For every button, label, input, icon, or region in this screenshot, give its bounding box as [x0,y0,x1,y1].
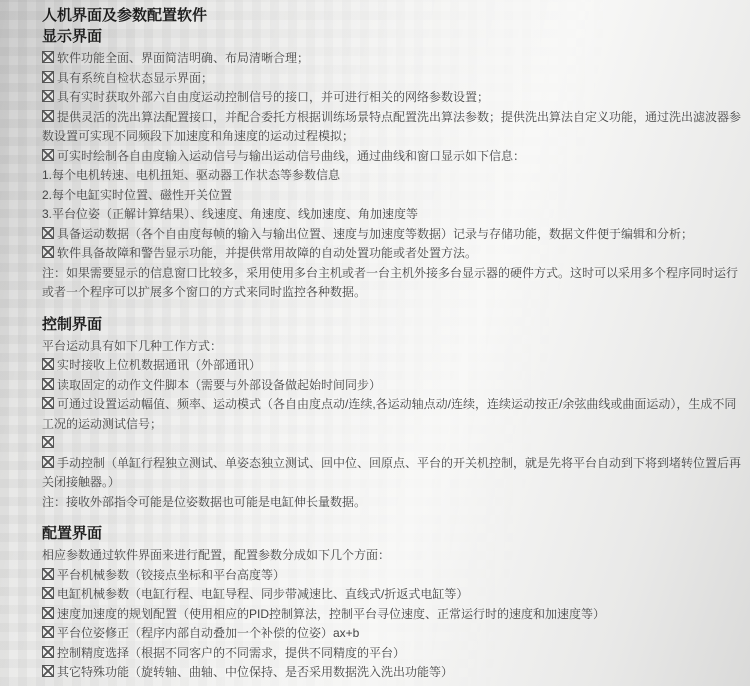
item-text: 平台运动具有如下几种工作方式： [42,339,222,353]
item-text: 可实时绘制各自由度输入运动信号与输出运动信号曲线，通过曲线和窗口显示如下信息： [57,149,525,163]
item-text: 提供灵活的洗出算法配置接口，并配合委托方根据训练场景特点配置洗出算法参数；提供洗… [42,110,741,144]
item-text: 1.每个电机转速、电机扭矩、驱动器工作状态等参数信息 [42,168,340,182]
list-item: 软件功能全面、界面简洁明确、布局清晰合理； [42,49,744,69]
checkbox-x-icon [42,378,54,390]
checkbox-x-icon [42,646,54,658]
checkbox-x-icon [42,51,54,63]
checkbox-x-icon [42,246,54,258]
note-text: 注：接收外部指令可能是位姿数据也可能是电缸伸长量数据。 [42,493,744,513]
checkbox-x-icon [42,90,54,102]
list-item: 软件具备故障和警告显示功能，并提供常用故障的自动处置功能或者处置方法。 [42,244,744,264]
checkbox-x-icon [42,587,54,599]
item-text: 实时接收上位机数据通讯（外部通讯） [57,358,261,372]
checkbox-x-icon [42,568,54,580]
checkbox-x-icon [42,397,54,409]
checkbox-x-icon [42,665,54,677]
item-text: 可通过设置运动幅值、频率、运动模式（各自由度点动/连续,各运动轴点动/连续，连续… [42,397,736,431]
checkbox-x-icon [42,607,54,619]
section-display-interface: 显示界面 软件功能全面、界面简洁明确、布局清晰合理； 具有系统自检状态显示界面；… [42,28,744,303]
list-item: 可通过设置运动幅值、频率、运动模式（各自由度点动/连续,各运动轴点动/连续，连续… [42,395,744,434]
item-text: 具备运动数据（各个自由度每帧的输入与输出位置、速度与加速度等数据）记录与存储功能… [57,227,693,241]
checkbox-x-icon [42,436,54,448]
item-text: 平台位姿修正（程序内部自动叠加一个补偿的位姿）ax+b [57,626,359,640]
list-item: 具备运动数据（各个自由度每帧的输入与输出位置、速度与加速度等数据）记录与存储功能… [42,225,744,245]
item-text: 2.每个电缸实时位置、磁性开关位置 [42,188,232,202]
item-text: 平台机械参数（铰接点坐标和平台高度等） [57,568,285,582]
note-text: 注：如果需要显示的信息窗口比较多，采用使用多台主机或者一台主机外接多台显示器的硬… [42,264,744,303]
item-text: 3.平台位姿（正解计算结果）、线速度、角速度、线加速度、角加速度等 [42,207,418,221]
item-text: 读取固定的动作文件脚本（需要与外部设备做起始时间同步） [57,378,381,392]
item-text: 其它特殊功能（旋转轴、曲轴、中位保持、是否采用数据洗入洗出功能等） [57,665,453,679]
checkbox-x-icon [42,358,54,370]
document-content: 人机界面及参数配置软件 显示界面 软件功能全面、界面简洁明确、布局清晰合理； 具… [0,0,750,683]
list-item: 平台机械参数（铰接点坐标和平台高度等） [42,566,744,586]
numbered-item: 1.每个电机转速、电机扭矩、驱动器工作状态等参数信息 [42,166,744,186]
document-page: 人机界面及参数配置软件 显示界面 软件功能全面、界面简洁明确、布局清晰合理； 具… [0,0,750,686]
item-text: 电缸机械参数（电缸行程、电缸导程、同步带减速比、直线式/折返式电缸等） [57,587,468,601]
item-text: 具有实时获取外部六自由度运动控制信号的接口，并可进行相关的网络参数设置； [57,90,489,104]
page-title: 人机界面及参数配置软件 [42,6,744,26]
checkbox-x-icon [42,227,54,239]
list-item-empty [42,434,744,454]
section-heading-display: 显示界面 [42,28,744,46]
list-item: 可实时绘制各自由度输入运动信号与输出运动信号曲线，通过曲线和窗口显示如下信息： [42,147,744,167]
checkbox-x-icon [42,149,54,161]
section-heading-control: 控制界面 [42,316,744,334]
item-text: 控制精度选择（根据不同客户的不同需求，提供不同精度的平台） [57,646,405,660]
item-text: 软件功能全面、界面简洁明确、布局清晰合理； [57,51,309,65]
item-text: 手动控制（单缸行程独立测试、单姿态独立测试、回中位、回原点、平台的开关机控制，就… [42,456,741,490]
list-item: 具有实时获取外部六自由度运动控制信号的接口，并可进行相关的网络参数设置； [42,88,744,108]
checkbox-x-icon [42,71,54,83]
item-text: 具有系统自检状态显示界面； [57,71,213,85]
item-text: 注：如果需要显示的信息窗口比较多，采用使用多台主机或者一台主机外接多台显示器的硬… [42,266,738,300]
item-text: 软件具备故障和警告显示功能，并提供常用故障的自动处置功能或者处置方法。 [57,246,477,260]
numbered-item: 2.每个电缸实时位置、磁性开关位置 [42,186,744,206]
intro-text: 相应参数通过软件界面来进行配置，配置参数分成如下几个方面： [42,546,744,566]
section-heading-config: 配置界面 [42,525,744,543]
item-text: 相应参数通过软件界面来进行配置，配置参数分成如下几个方面： [42,548,390,562]
list-item: 提供灵活的洗出算法配置接口，并配合委托方根据训练场景特点配置洗出算法参数；提供洗… [42,108,744,147]
item-text: 注：接收外部指令可能是位姿数据也可能是电缸伸长量数据。 [42,495,366,509]
list-item: 控制精度选择（根据不同客户的不同需求，提供不同精度的平台） [42,644,744,664]
numbered-item: 3.平台位姿（正解计算结果）、线速度、角速度、线加速度、角加速度等 [42,205,744,225]
item-text: 速度加速度的规划配置（使用相应的PID控制算法，控制平台寻位速度、正常运行时的速… [57,607,605,621]
checkbox-x-icon [42,110,54,122]
checkbox-x-icon [42,626,54,638]
list-item: 平台位姿修正（程序内部自动叠加一个补偿的位姿）ax+b [42,624,744,644]
list-item: 速度加速度的规划配置（使用相应的PID控制算法，控制平台寻位速度、正常运行时的速… [42,605,744,625]
list-item: 实时接收上位机数据通讯（外部通讯） [42,356,744,376]
checkbox-x-icon [42,456,54,468]
list-item: 读取固定的动作文件脚本（需要与外部设备做起始时间同步） [42,376,744,396]
section-config-interface: 配置界面 相应参数通过软件界面来进行配置，配置参数分成如下几个方面： 平台机械参… [42,525,744,683]
list-item: 具有系统自检状态显示界面； [42,69,744,89]
list-item: 电缸机械参数（电缸行程、电缸导程、同步带减速比、直线式/折返式电缸等） [42,585,744,605]
list-item: 手动控制（单缸行程独立测试、单姿态独立测试、回中位、回原点、平台的开关机控制，就… [42,454,744,493]
intro-text: 平台运动具有如下几种工作方式： [42,337,744,357]
list-item: 其它特殊功能（旋转轴、曲轴、中位保持、是否采用数据洗入洗出功能等） [42,663,744,683]
section-control-interface: 控制界面 平台运动具有如下几种工作方式： 实时接收上位机数据通讯（外部通讯） 读… [42,316,744,513]
